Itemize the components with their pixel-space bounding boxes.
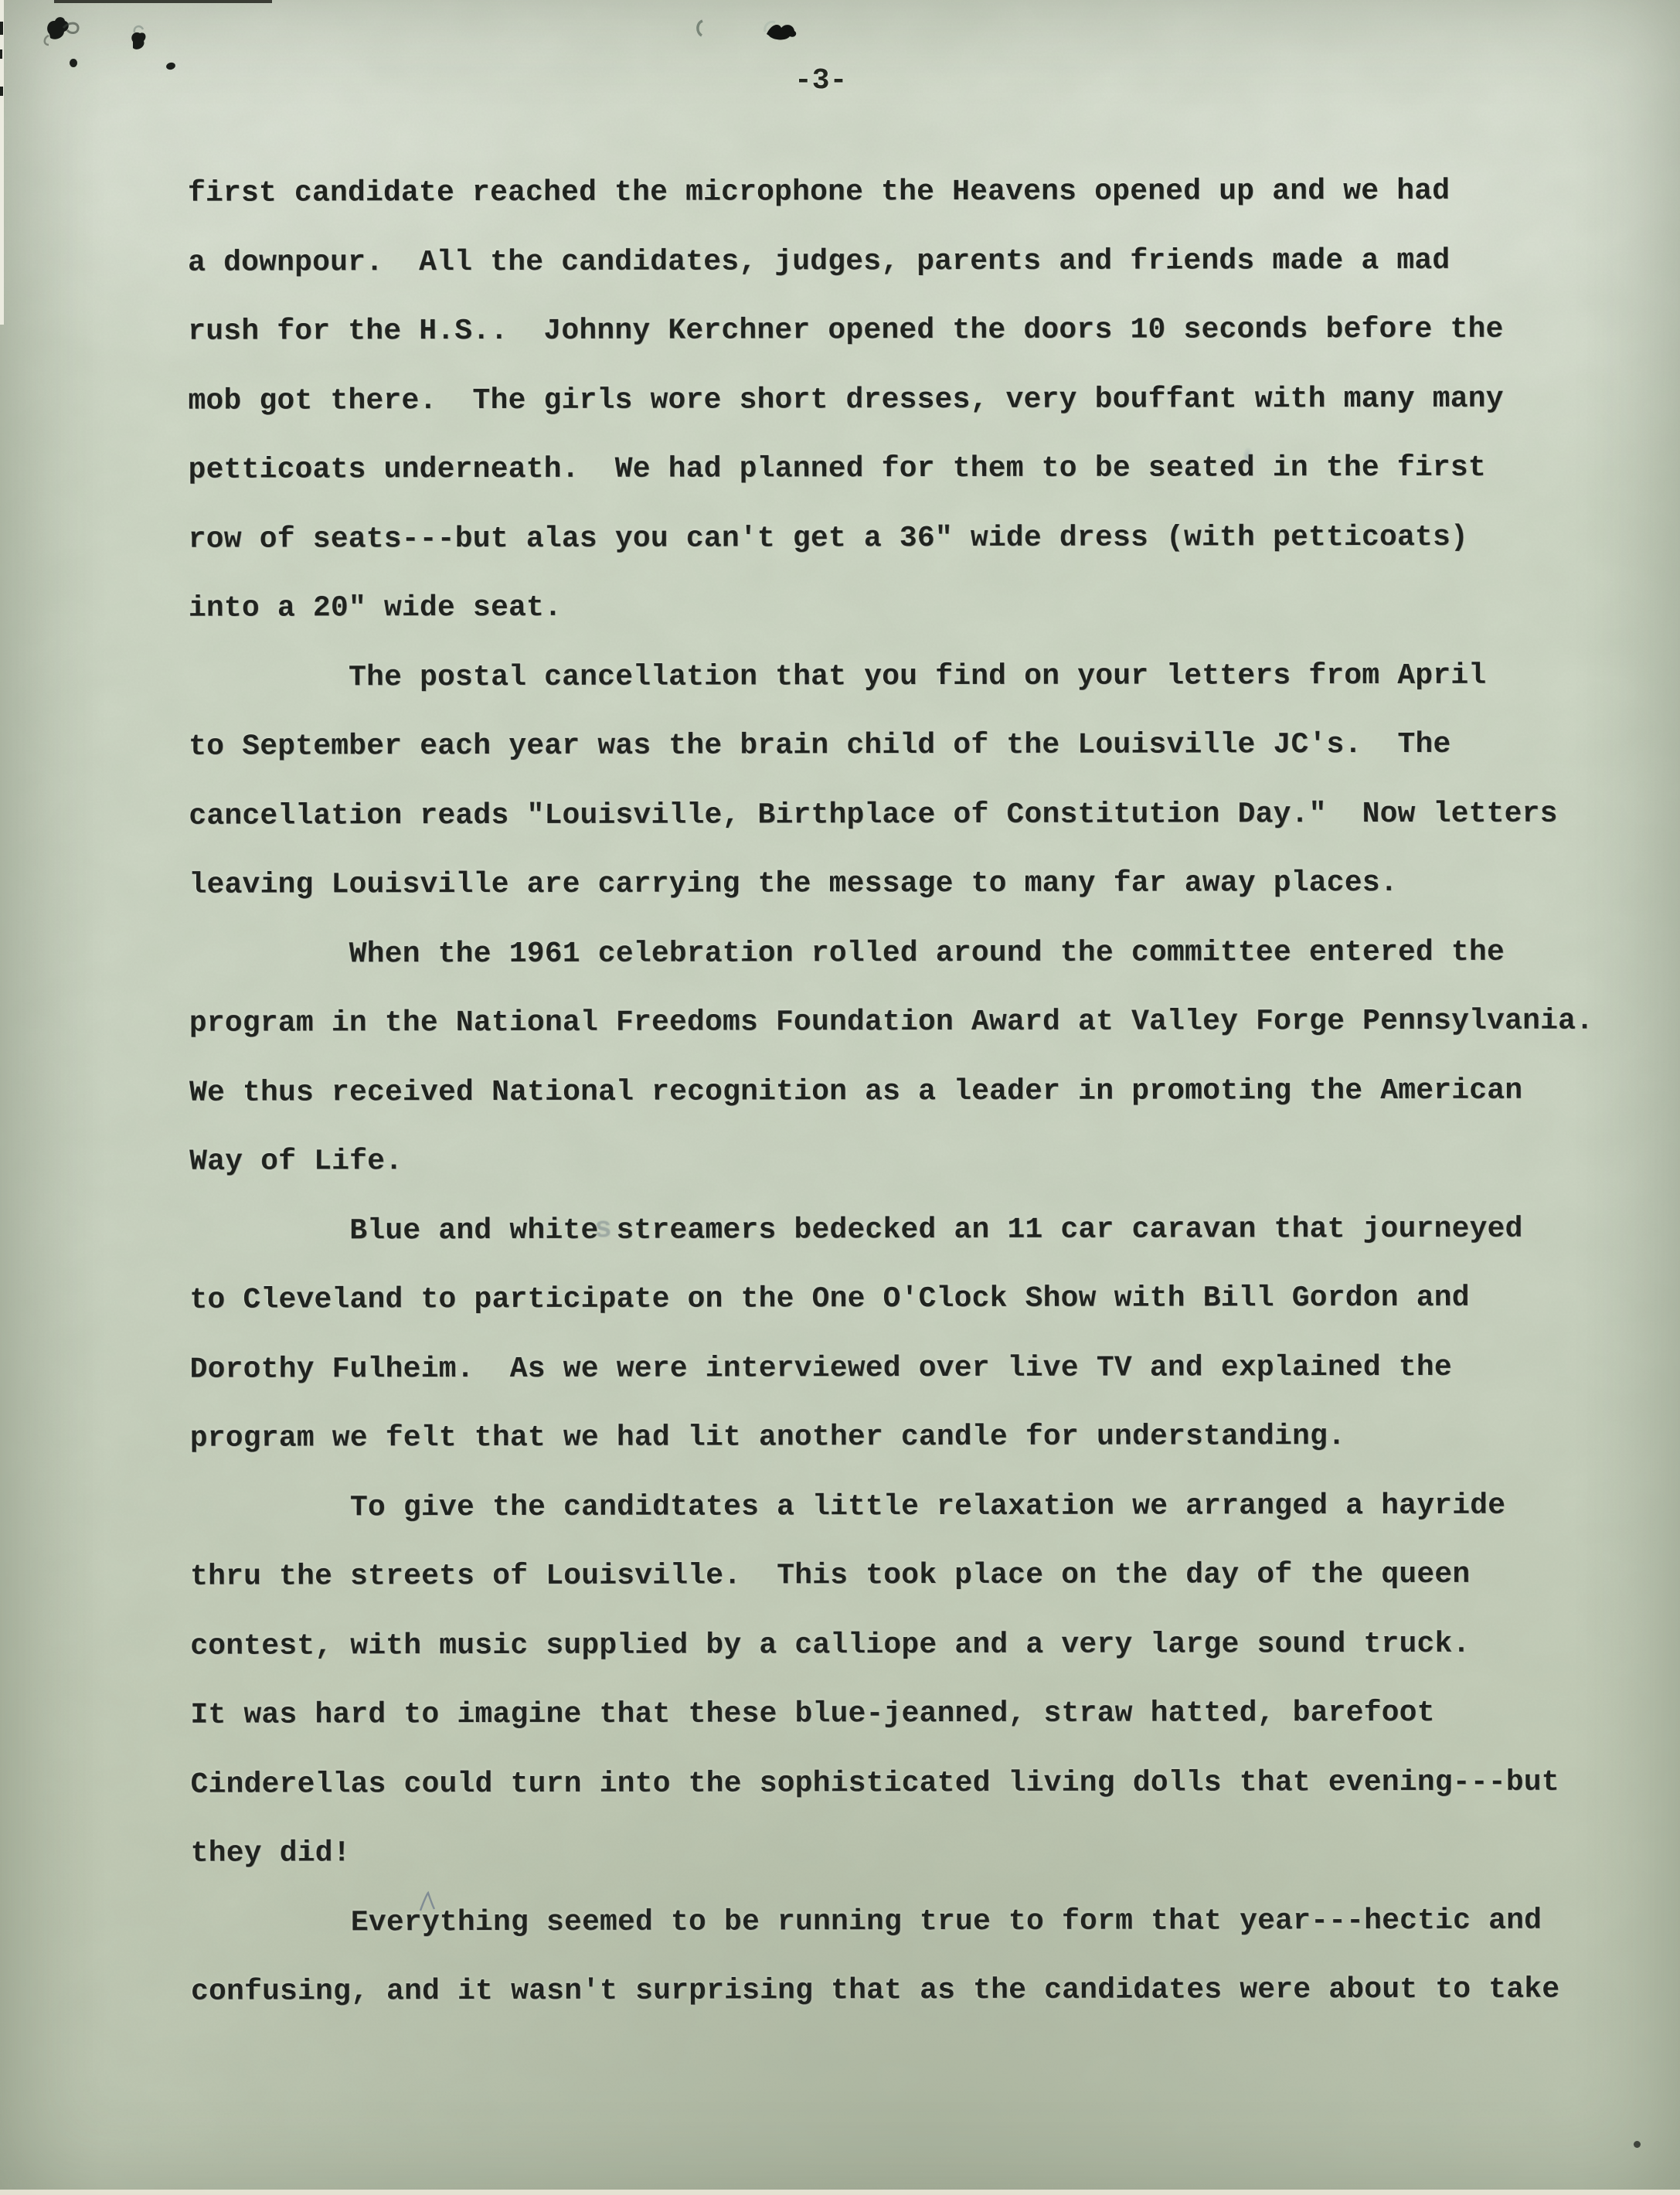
ink-smudge (762, 15, 802, 49)
typed-line: We thus received National recognition as… (189, 1056, 1680, 1128)
typed-line: When the 1961 celebration rolled around … (189, 917, 1680, 989)
typed-line: Way of Life. (189, 1125, 1680, 1196)
page-number: -3- (794, 62, 847, 100)
ink-smudge (692, 19, 706, 39)
scan-edge-left-mark (0, 22, 3, 35)
ink-dot (165, 62, 176, 71)
typed-line: program in the National Freedoms Foundat… (189, 986, 1680, 1058)
typed-line: The postal cancellation that you find on… (189, 641, 1680, 713)
scanned-page: { "page": { "number_label": "-3-", "pape… (0, 0, 1680, 2195)
typed-line: row of seats---but alas you can't get a … (189, 502, 1680, 574)
scan-edge-top (54, 0, 272, 3)
typed-line: a downpour. All the candidates, judges, … (188, 226, 1679, 298)
scan-edge-bottom (0, 2190, 1680, 2195)
typed-line: petticoats underneath. We had planned fo… (189, 433, 1680, 505)
typed-line: first candidate reached the microphone t… (188, 156, 1679, 228)
typed-line: they did! (191, 1816, 1680, 1888)
typed-line: Cinderellas could turn into the sophisti… (190, 1747, 1680, 1819)
typed-line: It was hard to imagine that these blue-j… (190, 1678, 1680, 1750)
typed-line: rush for the H.S.. Johnny Kerchner opene… (188, 294, 1679, 366)
typed-line: program we felt that we had lit another … (190, 1401, 1680, 1473)
ink-dot (70, 59, 77, 67)
scan-edge-left-mark (0, 87, 3, 96)
typed-line: to Cleveland to participate on the One O… (189, 1263, 1680, 1335)
scan-edge-left (0, 0, 4, 325)
typed-line: Blue and white streamers bedecked an 11 … (189, 1194, 1680, 1266)
typed-line: into a 20" wide seat. (189, 571, 1680, 643)
ink-dot (1634, 2141, 1641, 2148)
typed-line: Dorothy Fulheim. As we were interviewed … (190, 1332, 1680, 1404)
typed-line: Everything seemed to be running true to … (191, 1886, 1680, 1958)
typed-line: contest, with music supplied by a callio… (190, 1609, 1680, 1681)
typed-line: thru the streets of Louisville. This too… (190, 1540, 1680, 1611)
typed-line: cancellation reads "Louisville, Birthpla… (189, 779, 1680, 851)
typed-line: leaving Louisville are carrying the mess… (189, 848, 1680, 920)
ink-smudge (125, 23, 153, 60)
typed-line: confusing, and it wasn't surprising that… (191, 1955, 1680, 2027)
typed-line: mob got there. The girls wore short dres… (188, 364, 1679, 436)
typewritten-text: first candidate reached the microphone t… (188, 156, 1680, 2027)
scan-edge-left-mark (0, 49, 2, 59)
typed-line: To give the candidtates a little relaxat… (190, 1471, 1680, 1543)
ink-smudge (39, 11, 87, 59)
typed-line: to September each year was the brain chi… (189, 710, 1680, 781)
